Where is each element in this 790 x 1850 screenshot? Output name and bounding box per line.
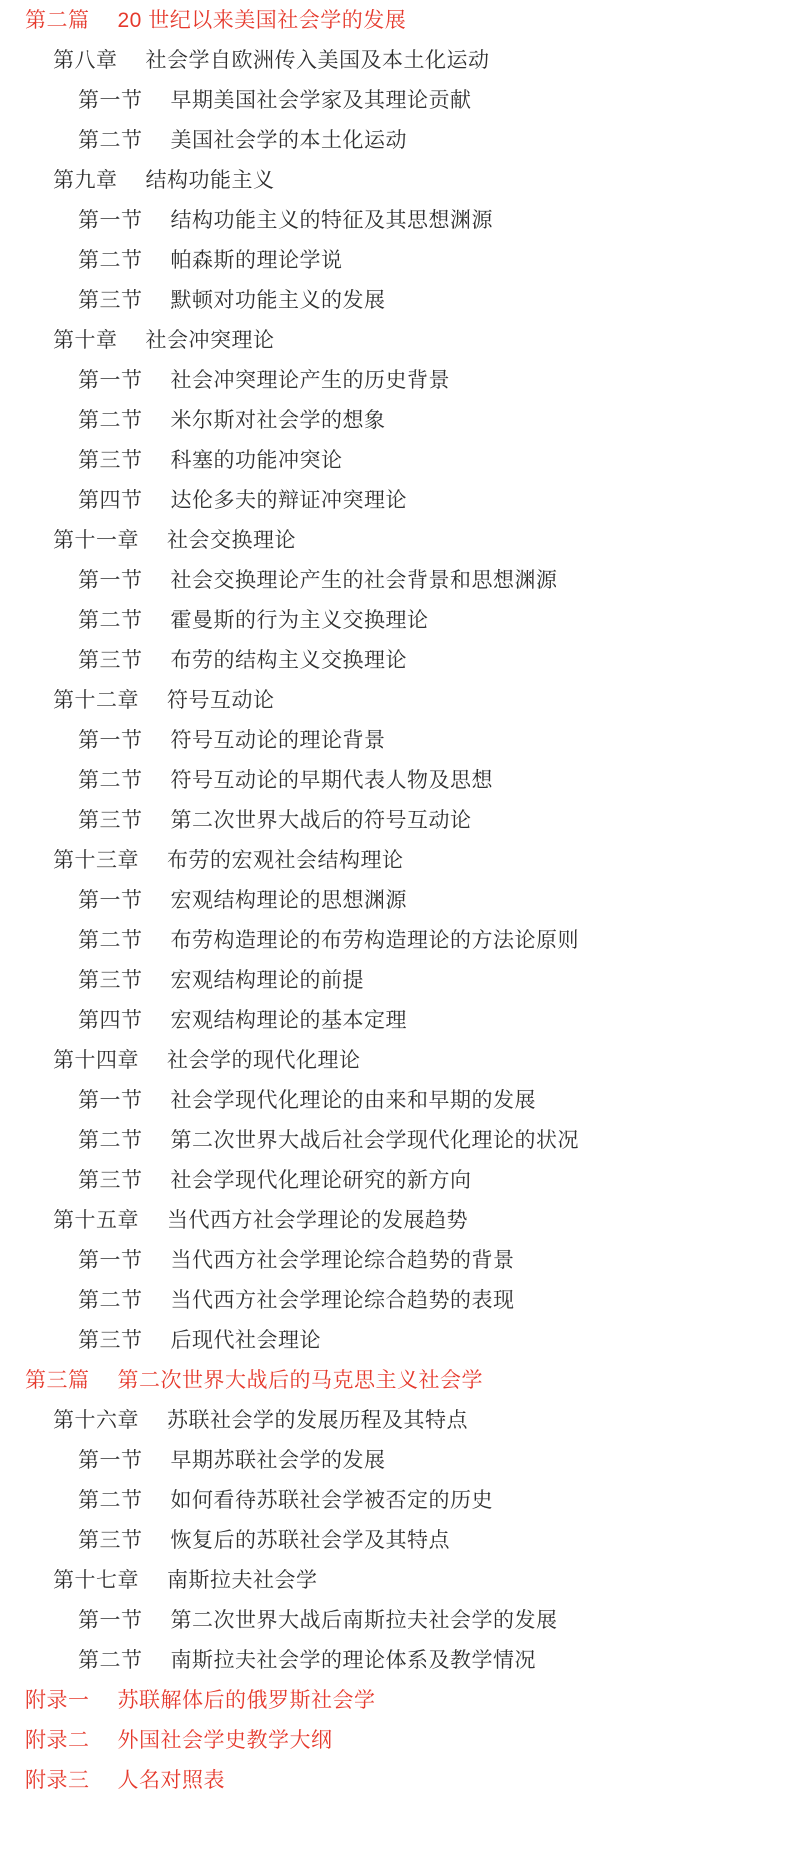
toc-section-entry: 第二节符号互动论的早期代表人物及思想 [0,760,790,800]
toc-chapter-entry: 第十七章南斯拉夫社会学 [0,1560,790,1600]
toc-entry-number: 第一节 [78,210,143,231]
toc-section-entry: 第三节默顿对功能主义的发展 [0,280,790,320]
toc-entry-number: 第十七章 [53,1570,139,1591]
toc-section-entry: 第三节社会学现代化理论研究的新方向 [0,1160,790,1200]
toc-entry-title: 宏观结构理论的思想渊源 [171,890,408,911]
toc-entry-number: 第二节 [78,1650,143,1671]
toc-section-entry: 第一节符号互动论的理论背景 [0,720,790,760]
toc-entry-title: 美国社会学的本土化运动 [171,130,408,151]
toc-entry-number: 第十章 [53,330,118,351]
toc-entry-number: 第四节 [78,490,143,511]
toc-entry-title: 科塞的功能冲突论 [171,450,343,471]
toc-section-entry: 第一节当代西方社会学理论综合趋势的背景 [0,1240,790,1280]
toc-entry-number: 第一节 [78,370,143,391]
toc-section-entry: 第一节宏观结构理论的思想渊源 [0,880,790,920]
toc-entry-title: 符号互动论 [167,690,275,711]
toc-chapter-entry: 第十六章苏联社会学的发展历程及其特点 [0,1400,790,1440]
toc-entry-number: 第四节 [78,1010,143,1031]
toc-entry-title: 布劳构造理论的布劳构造理论的方法论原则 [171,930,580,951]
toc-entry-number: 第二节 [78,930,143,951]
toc-entry-title: 南斯拉夫社会学 [167,1570,318,1591]
toc-entry-title: 社会学自欧洲传入美国及本土化运动 [146,50,490,71]
toc-section-entry: 第三节科塞的功能冲突论 [0,440,790,480]
toc-section-entry: 第一节早期美国社会学家及其理论贡献 [0,80,790,120]
toc-section-entry: 第二节帕森斯的理论学说 [0,240,790,280]
toc-entry-title: 如何看待苏联社会学被否定的历史 [171,1490,494,1511]
toc-entry-number: 第二节 [78,130,143,151]
toc-entry-title: 社会学现代化理论研究的新方向 [171,1170,472,1191]
toc-entry-title: 社会交换理论 [167,530,296,551]
toc-entry-number: 第二节 [78,770,143,791]
toc-entry-title: 社会学现代化理论的由来和早期的发展 [171,1090,537,1111]
toc-entry-title: 达伦多夫的辩证冲突理论 [171,490,408,511]
toc-section-entry: 第二节布劳构造理论的布劳构造理论的方法论原则 [0,920,790,960]
toc-entry-title: 宏观结构理论的前提 [171,970,365,991]
toc-entry-title: 默顿对功能主义的发展 [171,290,386,311]
toc-entry-number: 第二节 [78,610,143,631]
toc-entry-title: 当代西方社会学理论的发展趋势 [167,1210,468,1231]
toc-entry-title: 恢复后的苏联社会学及其特点 [171,1530,451,1551]
toc-entry-title: 苏联解体后的俄罗斯社会学 [118,1690,376,1711]
toc-entry-number: 第一节 [78,90,143,111]
toc-entry-number: 第三节 [78,1330,143,1351]
toc-section-entry: 第一节结构功能主义的特征及其思想渊源 [0,200,790,240]
toc-entry-title: 南斯拉夫社会学的理论体系及教学情况 [171,1650,537,1671]
toc-entry-number: 第二篇 [25,10,90,31]
toc-entry-title: 宏观结构理论的基本定理 [171,1010,408,1031]
toc-part-heading: 附录三人名对照表 [0,1760,790,1800]
toc-entry-title: 结构功能主义的特征及其思想渊源 [171,210,494,231]
toc-entry-title: 符号互动论的早期代表人物及思想 [171,770,494,791]
toc-section-entry: 第一节早期苏联社会学的发展 [0,1440,790,1480]
toc-entry-number: 第一节 [78,730,143,751]
toc-section-entry: 第二节南斯拉夫社会学的理论体系及教学情况 [0,1640,790,1680]
toc-entry-title: 第二次世界大战后的马克思主义社会学 [118,1370,484,1391]
toc-entry-number: 第二节 [78,1130,143,1151]
toc-chapter-entry: 第十五章当代西方社会学理论的发展趋势 [0,1200,790,1240]
toc-section-entry: 第二节当代西方社会学理论综合趋势的表现 [0,1280,790,1320]
toc-entry-number: 第三节 [78,1170,143,1191]
toc-part-heading: 第三篇第二次世界大战后的马克思主义社会学 [0,1360,790,1400]
toc-entry-title: 后现代社会理论 [171,1330,322,1351]
toc-part-heading: 附录一苏联解体后的俄罗斯社会学 [0,1680,790,1720]
toc-entry-number: 第三节 [78,810,143,831]
toc-entry-title: 霍曼斯的行为主义交换理论 [171,610,429,631]
toc-entry-number: 第十二章 [53,690,139,711]
toc-entry-number: 第一节 [78,1250,143,1271]
toc-entry-number: 第八章 [53,50,118,71]
toc-section-entry: 第三节布劳的结构主义交换理论 [0,640,790,680]
toc-entry-title: 第二次世界大战后社会学现代化理论的状况 [171,1130,580,1151]
toc-entry-title: 社会冲突理论产生的历史背景 [171,370,451,391]
toc-entry-title: 结构功能主义 [146,170,275,191]
toc-entry-title: 米尔斯对社会学的想象 [171,410,386,431]
toc-entry-number: 第三节 [78,1530,143,1551]
toc-section-entry: 第二节第二次世界大战后社会学现代化理论的状况 [0,1120,790,1160]
toc-section-entry: 第四节宏观结构理论的基本定理 [0,1000,790,1040]
toc-chapter-entry: 第十一章社会交换理论 [0,520,790,560]
toc-entry-number: 第一节 [78,890,143,911]
toc-entry-title: 布劳的结构主义交换理论 [171,650,408,671]
toc-entry-number: 第十五章 [53,1210,139,1231]
toc-entry-number: 第十四章 [53,1050,139,1071]
toc-entry-number: 第三节 [78,450,143,471]
toc-entry-title: 早期苏联社会学的发展 [171,1450,386,1471]
toc-entry-title: 苏联社会学的发展历程及其特点 [167,1410,468,1431]
toc-entry-title: 社会冲突理论 [146,330,275,351]
toc-chapter-entry: 第九章结构功能主义 [0,160,790,200]
table-of-contents: 第二篇20 世纪以来美国社会学的发展第八章社会学自欧洲传入美国及本土化运动第一节… [0,0,790,1800]
toc-chapter-entry: 第十章社会冲突理论 [0,320,790,360]
toc-part-heading: 第二篇20 世纪以来美国社会学的发展 [0,0,790,40]
toc-entry-number: 第三篇 [25,1370,90,1391]
toc-entry-title: 人名对照表 [118,1770,226,1791]
toc-section-entry: 第二节美国社会学的本土化运动 [0,120,790,160]
toc-entry-title: 当代西方社会学理论综合趋势的背景 [171,1250,515,1271]
toc-entry-number: 第一节 [78,1610,143,1631]
toc-entry-title: 帕森斯的理论学说 [171,250,343,271]
toc-section-entry: 第二节如何看待苏联社会学被否定的历史 [0,1480,790,1520]
toc-entry-number: 第十三章 [53,850,139,871]
toc-chapter-entry: 第十三章布劳的宏观社会结构理论 [0,840,790,880]
toc-entry-title: 布劳的宏观社会结构理论 [167,850,404,871]
toc-entry-title: 社会交换理论产生的社会背景和思想渊源 [171,570,558,591]
toc-entry-number: 第二节 [78,1490,143,1511]
toc-entry-title: 第二次世界大战后的符号互动论 [171,810,472,831]
toc-entry-number: 第九章 [53,170,118,191]
toc-entry-number: 第三节 [78,650,143,671]
toc-chapter-entry: 第十四章社会学的现代化理论 [0,1040,790,1080]
toc-entry-number: 附录三 [25,1770,90,1791]
toc-entry-number: 第十一章 [53,530,139,551]
toc-section-entry: 第三节后现代社会理论 [0,1320,790,1360]
toc-entry-number: 第二节 [78,1290,143,1311]
toc-chapter-entry: 第十二章符号互动论 [0,680,790,720]
toc-section-entry: 第三节恢复后的苏联社会学及其特点 [0,1520,790,1560]
toc-entry-title: 20 世纪以来美国社会学的发展 [118,10,407,31]
toc-section-entry: 第一节第二次世界大战后南斯拉夫社会学的发展 [0,1600,790,1640]
toc-entry-number: 第一节 [78,1450,143,1471]
toc-entry-title: 社会学的现代化理论 [167,1050,361,1071]
toc-entry-title: 外国社会学史教学大纲 [118,1730,333,1751]
toc-entry-number: 第三节 [78,290,143,311]
toc-entry-title: 早期美国社会学家及其理论贡献 [171,90,472,111]
toc-entry-title: 符号互动论的理论背景 [171,730,386,751]
toc-section-entry: 第三节宏观结构理论的前提 [0,960,790,1000]
toc-entry-number: 第十六章 [53,1410,139,1431]
toc-entry-number: 第三节 [78,970,143,991]
toc-entry-title: 当代西方社会学理论综合趋势的表现 [171,1290,515,1311]
toc-entry-number: 第二节 [78,410,143,431]
toc-entry-number: 附录二 [25,1730,90,1751]
toc-section-entry: 第三节第二次世界大战后的符号互动论 [0,800,790,840]
toc-section-entry: 第四节达伦多夫的辩证冲突理论 [0,480,790,520]
toc-entry-number: 第一节 [78,570,143,591]
toc-part-heading: 附录二外国社会学史教学大纲 [0,1720,790,1760]
toc-entry-number: 第一节 [78,1090,143,1111]
toc-section-entry: 第一节社会冲突理论产生的历史背景 [0,360,790,400]
toc-entry-title: 第二次世界大战后南斯拉夫社会学的发展 [171,1610,558,1631]
toc-entry-number: 第二节 [78,250,143,271]
toc-section-entry: 第一节社会学现代化理论的由来和早期的发展 [0,1080,790,1120]
toc-section-entry: 第二节米尔斯对社会学的想象 [0,400,790,440]
toc-section-entry: 第二节霍曼斯的行为主义交换理论 [0,600,790,640]
toc-chapter-entry: 第八章社会学自欧洲传入美国及本土化运动 [0,40,790,80]
toc-entry-number: 附录一 [25,1690,90,1711]
toc-section-entry: 第一节社会交换理论产生的社会背景和思想渊源 [0,560,790,600]
